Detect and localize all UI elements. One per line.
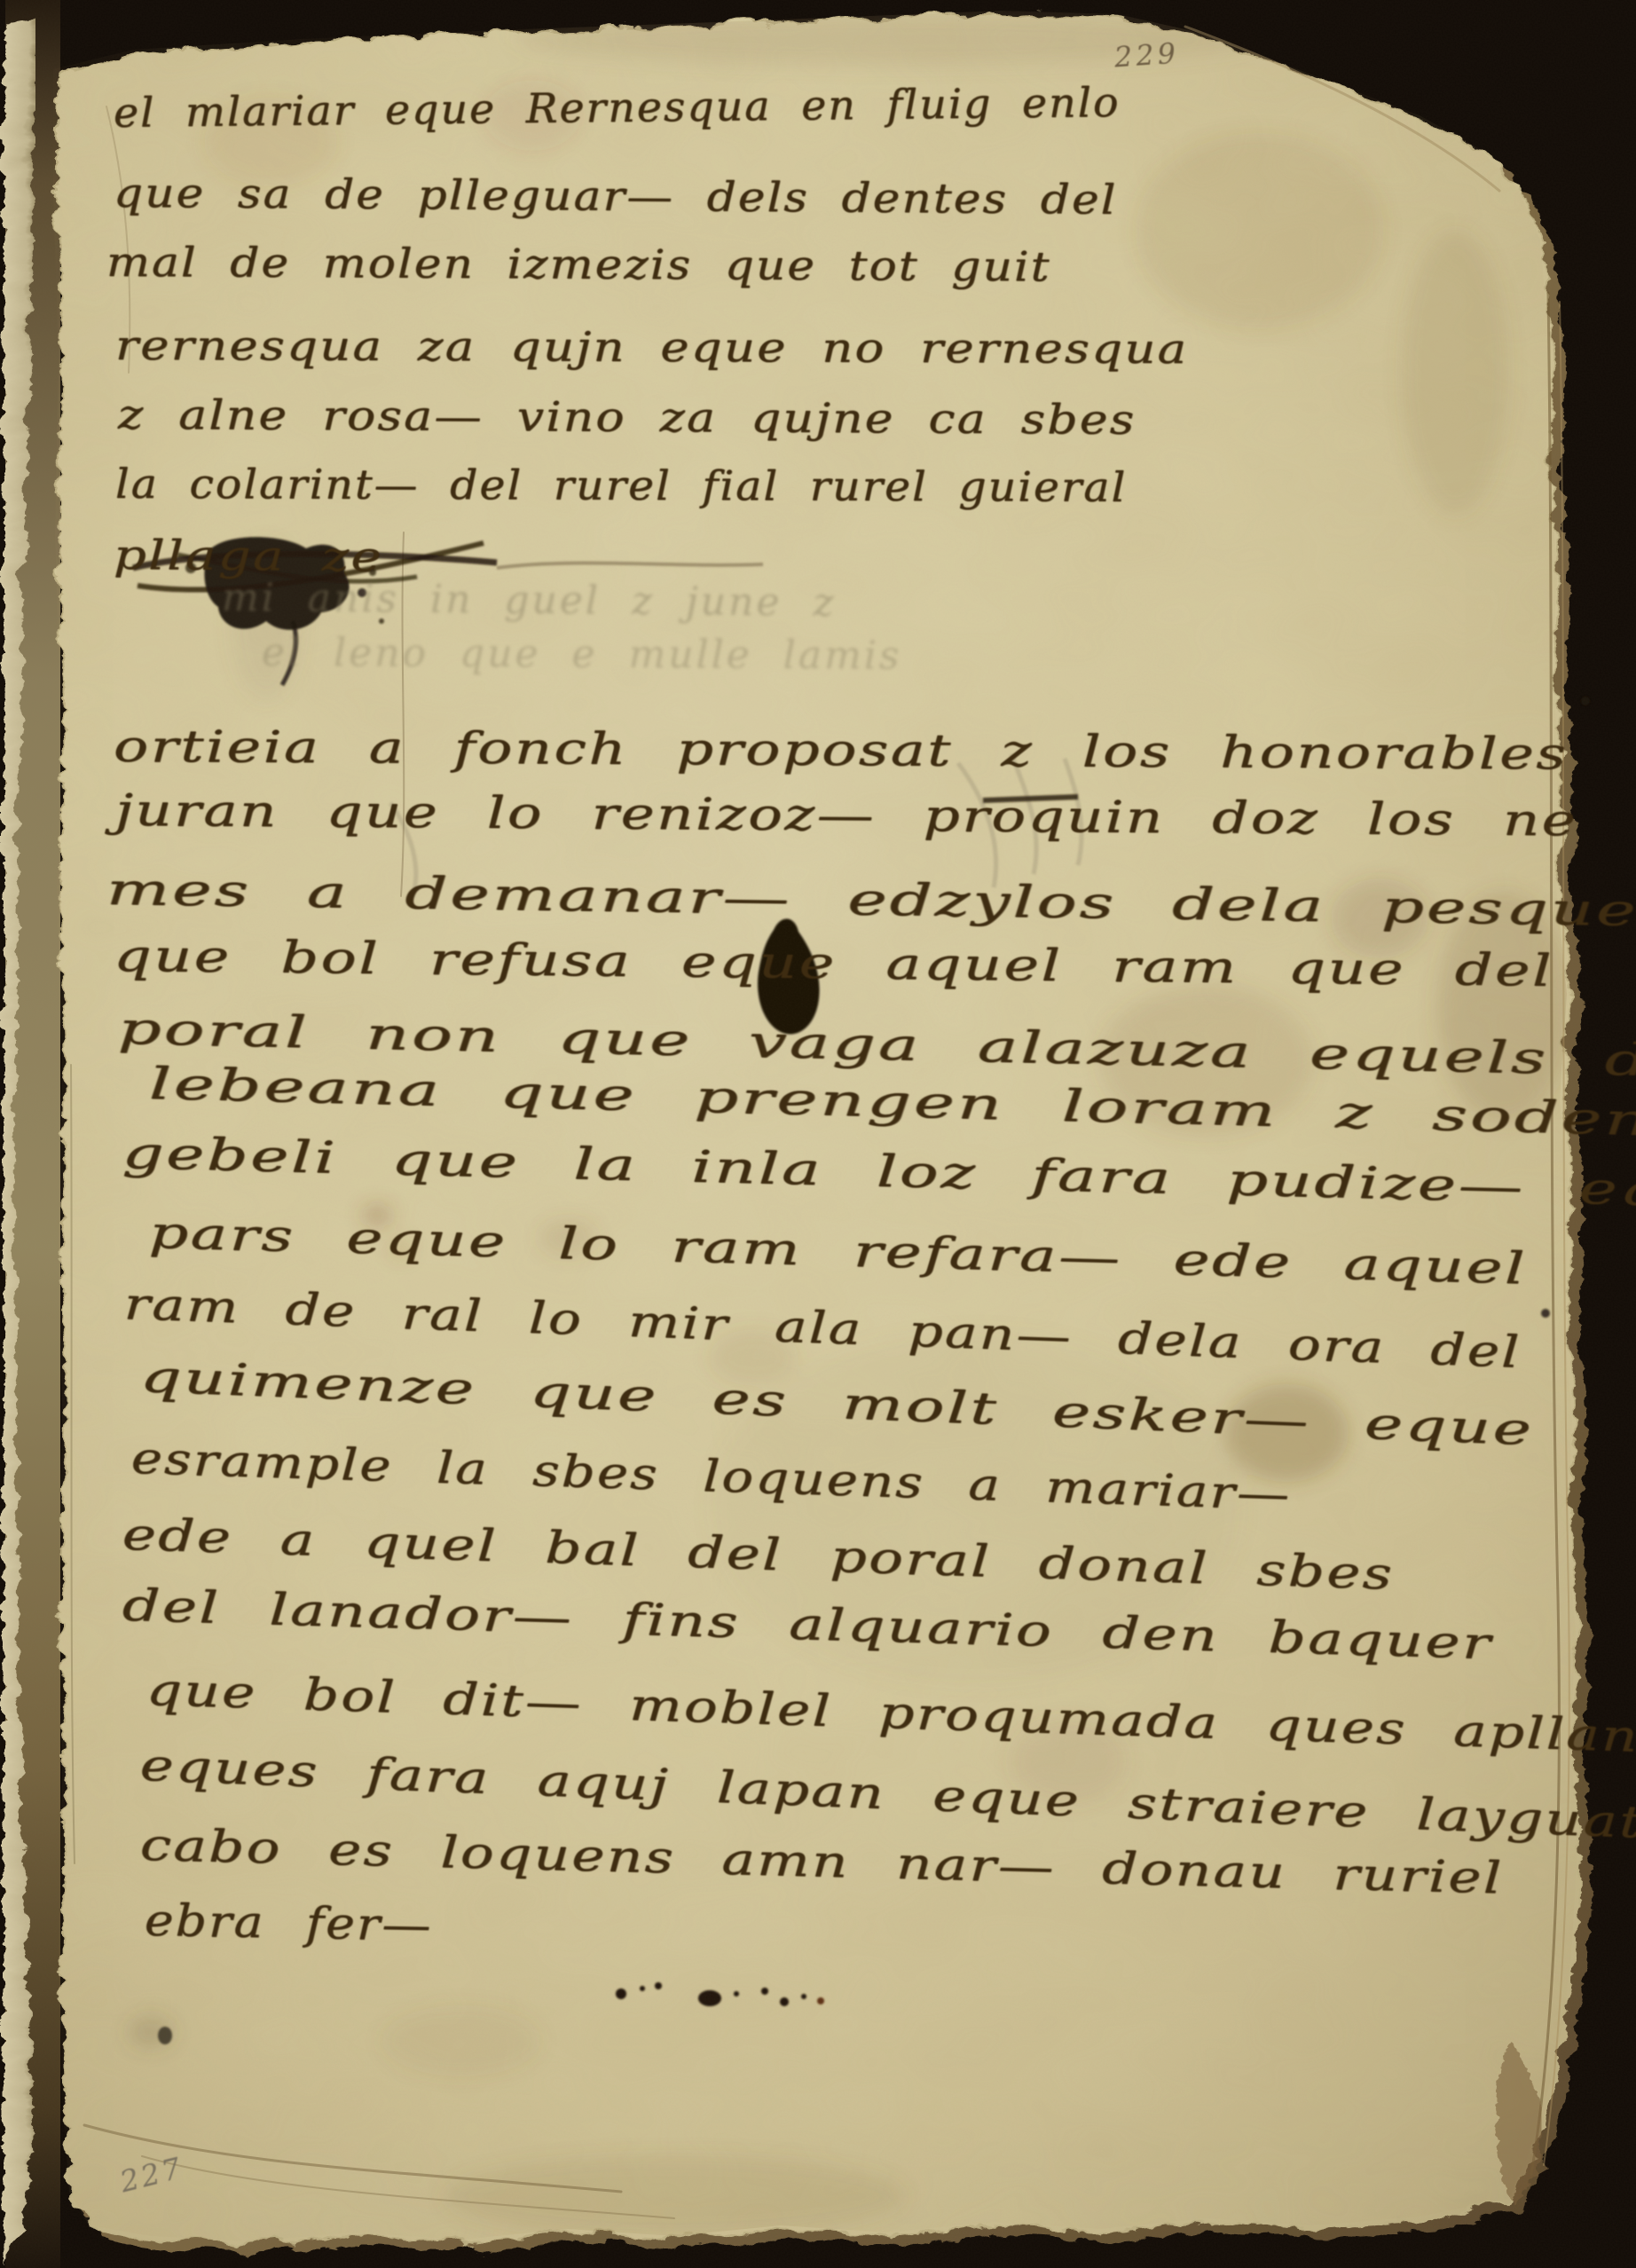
- manuscript-line: ebra fer—: [144, 1894, 433, 1951]
- manuscript-line: que sa de plleguar— dels dentes del: [114, 169, 1118, 224]
- manuscript-line: pllaga ze: [114, 531, 384, 581]
- folio-number: 229: [1113, 36, 1181, 75]
- bleed-through-line: el leno que e mulle lamis: [262, 630, 902, 679]
- manuscript-line: ortieia a fonch proposat z los honorable…: [114, 721, 1569, 780]
- manuscript-photo: 229 el mlariar eque Rernesqua en fluig e…: [0, 0, 1636, 2268]
- manuscript-line: la colarint— del rurel fial rurel guiera…: [115, 460, 1127, 511]
- bleed-through-line: mi anis in guel z june z: [222, 575, 837, 626]
- manuscript-line: mal de molen izmezis que tot guit: [106, 238, 1051, 291]
- manuscript-line: rernesqua za qujn eque no rernesqua: [115, 321, 1189, 373]
- manuscript-line: z alne rosa— vino za qujne ca sbes: [118, 390, 1137, 444]
- manuscript-line: juran que lo renizoz— proquin doz los ne: [115, 784, 1578, 847]
